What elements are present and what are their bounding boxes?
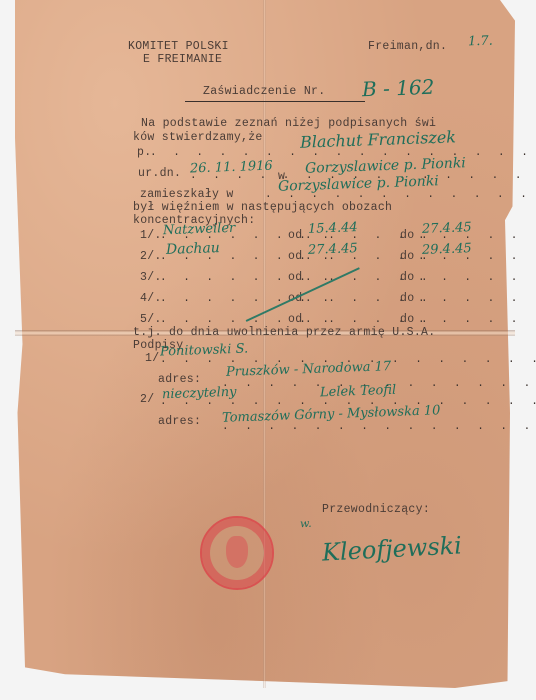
from-label: od bbox=[288, 250, 302, 263]
to-label: do bbox=[400, 229, 414, 242]
chairman-label: Przewodniczący: bbox=[322, 503, 430, 516]
witness-index: 2/ bbox=[140, 393, 154, 406]
signature-prefix: w. bbox=[300, 517, 312, 530]
date-handwritten: 1.7. bbox=[468, 34, 493, 50]
camp-to-date: 29.4.45 bbox=[422, 241, 472, 258]
camp-index: 1/. bbox=[140, 229, 162, 242]
born-date: 26. 11. 1916 bbox=[190, 159, 273, 177]
intro-line2: ków stwierdzamy,że bbox=[133, 131, 263, 144]
certificate-title: Zaświadczenie Nr. bbox=[203, 85, 325, 98]
witness-signature: nieczytelny bbox=[162, 385, 237, 403]
title-underline bbox=[185, 101, 365, 102]
born-label: ur.dn. bbox=[138, 167, 181, 180]
residence-label: zamieszkały w bbox=[140, 188, 234, 201]
to-label: do bbox=[400, 313, 414, 326]
prisoner-line1: był więźniem w następujących obozach bbox=[133, 201, 392, 214]
intro-line1: Na podstawie zeznań niżej podpisanych św… bbox=[141, 117, 436, 130]
to-label: do bbox=[400, 250, 414, 263]
from-label: od bbox=[288, 271, 302, 284]
to-label: do bbox=[400, 292, 414, 305]
place-date-label: Freiman,dn. bbox=[368, 40, 447, 53]
from-label: od bbox=[288, 229, 302, 242]
camp-from-date: 27.4.45 bbox=[308, 241, 358, 258]
camp-index: 2/. bbox=[140, 250, 162, 263]
camp-index: 3/. bbox=[140, 271, 162, 284]
witness-name: Lelek Teofil bbox=[320, 383, 397, 401]
camp-to-date: 27.4.45 bbox=[422, 220, 472, 237]
camp-name: Dachau bbox=[166, 240, 220, 258]
vertical-fold bbox=[263, 0, 266, 688]
address-label: adres: bbox=[158, 415, 201, 428]
organization-line1: KOMITET POLSKI bbox=[128, 40, 229, 53]
camp-name: Natzweiler bbox=[163, 221, 236, 239]
witness-signature: Ponitowski S. bbox=[160, 341, 249, 359]
organization-line2: E FREIMANIE bbox=[143, 53, 222, 66]
liberation-line: t.j. do dnia uwolnienia przez armię U.S.… bbox=[133, 326, 435, 339]
official-stamp: KOMITET POLSKI W FREIMANIE bbox=[200, 516, 274, 590]
to-label: do bbox=[400, 271, 414, 284]
camp-index: 5/. bbox=[140, 313, 162, 326]
camp-from-date: 15.4.44 bbox=[308, 220, 358, 237]
from-label: od bbox=[288, 313, 302, 326]
eagle-emblem-icon bbox=[226, 536, 248, 568]
certificate-number: B - 162 bbox=[362, 75, 435, 102]
address-label: adres: bbox=[158, 373, 201, 386]
witness-index: 1/ bbox=[145, 352, 159, 365]
camp-index: 4/. bbox=[140, 292, 162, 305]
